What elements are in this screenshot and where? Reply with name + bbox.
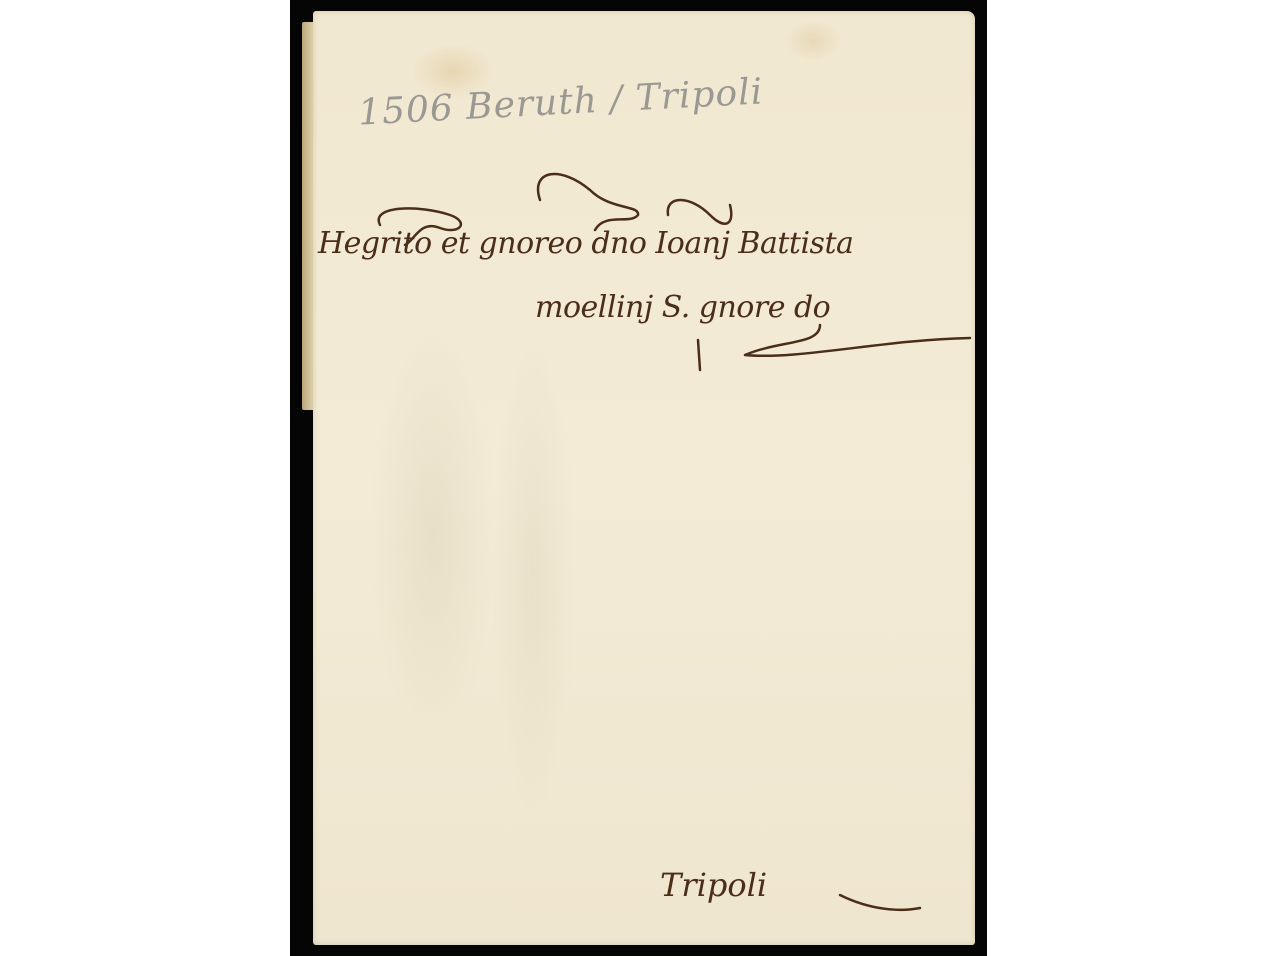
letter-paper — [313, 11, 975, 945]
address-line-1: Hegrito et gnoreo dno Ioanj Battista — [318, 226, 853, 261]
address-line-2: moellinj S. gnore do — [535, 290, 830, 325]
destination-text: Tripoli — [660, 866, 767, 904]
